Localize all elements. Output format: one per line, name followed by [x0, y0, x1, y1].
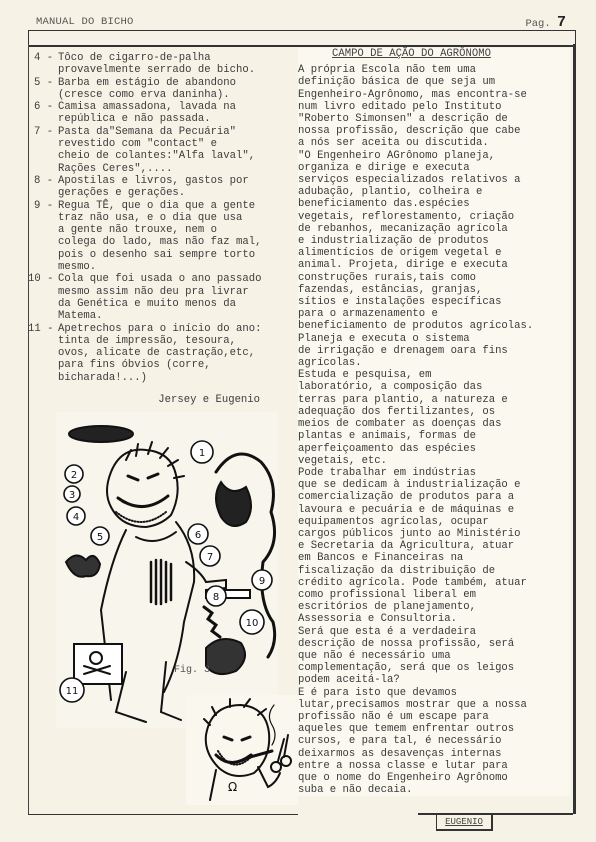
article-title: CAMPO DE AÇÃO DO AGRÔNOMO — [298, 48, 570, 60]
author-signature-box: EUGENIO — [436, 815, 493, 831]
right-column-article: CAMPO DE AÇÃO DO AGRÔNOMO A própria Esco… — [298, 48, 570, 796]
page-number-value: 7 — [557, 14, 566, 31]
student-caricature-drawing: 1 2 3 4 5 6 7 8 9 10 11 — [56, 412, 278, 728]
svg-text:10: 10 — [246, 618, 259, 629]
list-item: 10 -Cola que foi usada o ano passado mes… — [34, 273, 298, 322]
svg-text:Ω: Ω — [228, 780, 237, 794]
svg-text:1: 1 — [199, 448, 205, 459]
bearded-man-with-scissors-icon: Ω — [186, 695, 298, 805]
svg-text:5: 5 — [97, 532, 103, 543]
page-label: Pag. — [525, 18, 550, 30]
list-item: 9 -Regua TÊ, que o dia que a gente traz … — [34, 200, 298, 274]
list-item: 11 -Apetrechos para o início do ano: tin… — [34, 323, 298, 384]
left-column-list: 4 -Tôco de cigarro-de-palha provavelment… — [34, 52, 298, 406]
article-paragraph: Estuda e pesquisa, em laboratório, a com… — [298, 369, 570, 467]
article-paragraph: Planeja e executa o sistema de irrigação… — [298, 333, 570, 370]
list-item: 5 -Barba em estágio de abandono (cresce … — [34, 77, 298, 102]
item-text: Apostilas e livros, gastos por gerações … — [58, 175, 298, 200]
article-paragraph: E é para isto que devamos lutar,precisam… — [298, 687, 570, 797]
item-number: 5 - — [34, 77, 58, 102]
item-number: 6 - — [34, 101, 58, 126]
author-signature: EUGENIO — [445, 817, 483, 827]
svg-text:6: 6 — [195, 530, 201, 541]
item-number: 4 - — [34, 52, 58, 77]
publication-title: MANUAL DO BICHO — [36, 16, 134, 28]
article-paragraph: Será que esta é a verdadeira descrição d… — [298, 626, 570, 687]
cartoon-illustration: 1 2 3 4 5 6 7 8 9 10 11 — [56, 412, 278, 728]
item-text: Regua TÊ, que o dia que a gente traz não… — [58, 200, 298, 274]
svg-text:2: 2 — [71, 470, 77, 481]
figure-caption: Fig. 3 — [174, 665, 210, 676]
item-text: Apetrechos para o início do ano: tinta d… — [58, 323, 298, 384]
svg-text:3: 3 — [69, 490, 75, 501]
item-text: Barba em estágio de abandono (cresce com… — [58, 77, 298, 102]
frame-bottom-rule — [28, 814, 298, 815]
list-item: 7 -Pasta da"Semana da Pecuária" revestid… — [34, 126, 298, 175]
bearded-man-drawing: Ω — [186, 695, 298, 805]
svg-text:7: 7 — [207, 552, 213, 563]
item-number: 11 - — [28, 323, 58, 384]
item-text: Pasta da"Semana da Pecuária" revestido c… — [58, 126, 298, 175]
svg-text:8: 8 — [213, 592, 219, 603]
svg-text:11: 11 — [66, 686, 79, 697]
article-paragraph: "O Engenheiro AGrônomo planeja, organiza… — [298, 150, 570, 333]
svg-text:9: 9 — [259, 576, 265, 587]
list-item: 8 -Apostilas e livros, gastos por geraçõ… — [34, 175, 298, 200]
item-number: 8 - — [34, 175, 58, 200]
item-text: Tôco de cigarro-de-palha provavelmente s… — [58, 52, 298, 77]
list-item: 6 -Camisa amassadona, lavada na repúblic… — [34, 101, 298, 126]
item-number: 9 - — [34, 200, 58, 274]
list-item: 4 -Tôco de cigarro-de-palha provavelment… — [34, 52, 298, 77]
page-number: Pag. 7 — [525, 14, 566, 31]
article-paragraph: Pode trabalhar em indústrias que se dedi… — [298, 467, 570, 626]
item-text: Cola que foi usada o ano passado mesmo a… — [58, 273, 298, 322]
item-number: 7 - — [34, 126, 58, 175]
svg-text:4: 4 — [73, 512, 79, 523]
item-text: Camisa amassadona, lavada na república e… — [58, 101, 298, 126]
article-paragraph: A própria Escola não tem uma definição b… — [298, 64, 570, 149]
authors-signature: Jersey e Eugenio — [34, 394, 298, 406]
item-number: 10 - — [28, 273, 58, 322]
